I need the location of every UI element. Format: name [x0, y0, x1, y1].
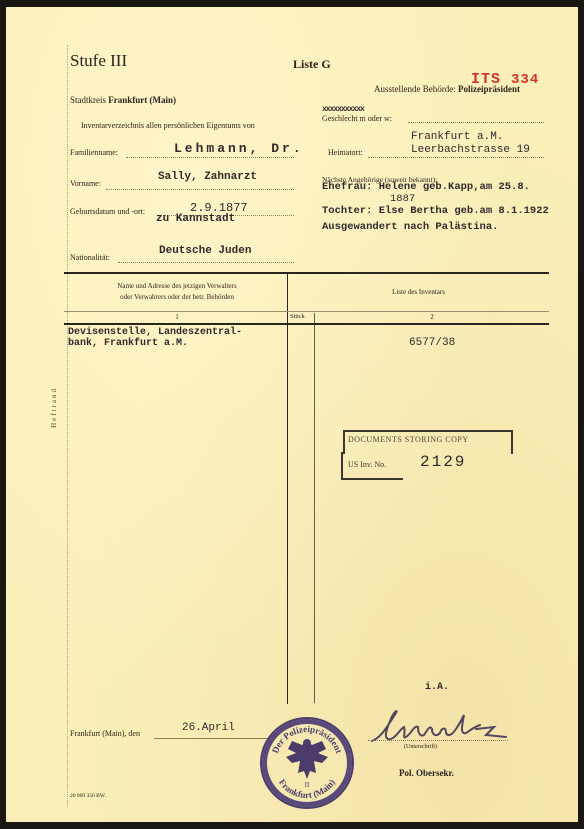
- rank: Pol. Obersekr.: [399, 768, 454, 778]
- col1-header-line1: Name und Adresse des jetzigen Verwalters: [68, 281, 286, 292]
- date-value: 26.April: [182, 722, 235, 734]
- eagle-icon: Der Polizeipräsident Frankfurt (Main) II: [262, 719, 352, 807]
- print-code: 20 000 350 BW.: [70, 793, 106, 799]
- col1-number: 1: [68, 313, 286, 321]
- date-line: [154, 738, 274, 739]
- hometown-label: Heimatort:: [328, 148, 363, 157]
- given-name-line: [106, 189, 294, 190]
- relatives-line: 1887: [322, 193, 549, 205]
- relatives-line: Ausgewandert nach Palästina.: [322, 221, 549, 233]
- sex-label: Geschlecht m oder w:: [322, 114, 392, 123]
- given-name-value: Sally, Zahnarzt: [158, 171, 257, 183]
- table-header-bottom-rule: [64, 323, 549, 325]
- form-stage-title: Stufe III: [70, 51, 127, 71]
- birth-label: Geburtsdatum und -ort:: [70, 207, 145, 216]
- surname-line: [126, 157, 294, 158]
- surname-label: Familienname:: [70, 148, 118, 157]
- col2-header: Liste des Inventars: [288, 288, 549, 296]
- nationality-value: Deutsche Juden: [159, 245, 251, 257]
- hometown-line2: Leerbachstrasse 19: [411, 144, 530, 156]
- svg-text:II: II: [305, 781, 310, 789]
- nationality-line: [118, 262, 294, 263]
- issuing-authority-value: Polizeipräsident: [458, 84, 520, 94]
- form-list-label: Liste G: [293, 57, 331, 72]
- stueck-header: Stück: [290, 313, 305, 320]
- col2-number: 2: [315, 313, 549, 321]
- surname-value: Lehmann, Dr.: [174, 141, 304, 156]
- birth-place: zu Kannstadt: [156, 213, 235, 225]
- sex-line: [408, 122, 544, 123]
- margin-label: Heftrand: [50, 387, 62, 428]
- district: Stadtkreis Frankfurt (Main): [70, 95, 176, 105]
- stamp-line1: DOCUMENTS STORING COPY: [348, 435, 469, 444]
- issuing-authority-label: Ausstellende Behörde:: [374, 84, 456, 94]
- administrator-line1: Devisenstelle, Landeszentral-: [68, 327, 242, 338]
- administrator-line2: bank, Frankfurt a.M.: [68, 338, 242, 349]
- district-label: Stadtkreis: [70, 95, 106, 105]
- relatives-line: Ehefrau: Helene geb.Kapp,am 25.8.: [322, 181, 549, 193]
- binding-margin-line: [67, 45, 69, 807]
- table-divider-stueck: [314, 313, 315, 703]
- table-divider-main: [287, 274, 288, 704]
- police-seal: Der Polizeipräsident Frankfurt (Main) II: [260, 717, 354, 809]
- signature: [368, 707, 518, 752]
- hometown-line1: Frankfurt a.M.: [411, 131, 503, 143]
- given-name-label: Vorname:: [70, 179, 101, 188]
- col1-header: Name und Adresse des jetzigen Verwalters…: [68, 281, 286, 303]
- col1-header-line2: oder Verwahrers oder der betr. Behörden: [68, 292, 286, 303]
- sex-struck-value: xxxxxxxxxxx: [322, 105, 364, 114]
- table-subheader-rule: [64, 311, 549, 312]
- stamp-inv-label: US Inv. No.: [348, 460, 386, 469]
- hometown-line: [368, 157, 544, 158]
- inventory-value: 6577/38: [409, 337, 455, 349]
- table-top-rule: [64, 272, 549, 274]
- nationality-label: Nationalität:: [70, 253, 110, 262]
- signature-line: [368, 740, 508, 741]
- stamp-inv-number: 2129: [420, 453, 466, 471]
- ia-label: i.A.: [425, 682, 449, 693]
- document-page: Heftrand Stufe III Liste G ITS334 Stadtk…: [6, 7, 578, 822]
- place-date-label: Frankfurt (Main), den: [70, 729, 140, 738]
- district-value: Frankfurt (Main): [108, 95, 176, 105]
- signature-caption: (Unterschrift): [404, 744, 437, 750]
- relatives-line: Tochter: Else Bertha geb.am 8.1.1922: [322, 205, 549, 217]
- issuing-authority: Ausstellende Behörde: Polizeipräsident: [374, 84, 520, 94]
- relatives-list: Ehefrau: Helene geb.Kapp,am 25.8. 1887 T…: [322, 181, 549, 233]
- inventory-intro: Inventarverzeichnis allen persönlichen E…: [81, 121, 255, 130]
- table-row: Devisenstelle, Landeszentral- bank, Fran…: [68, 327, 242, 349]
- signature-icon: [368, 707, 518, 747]
